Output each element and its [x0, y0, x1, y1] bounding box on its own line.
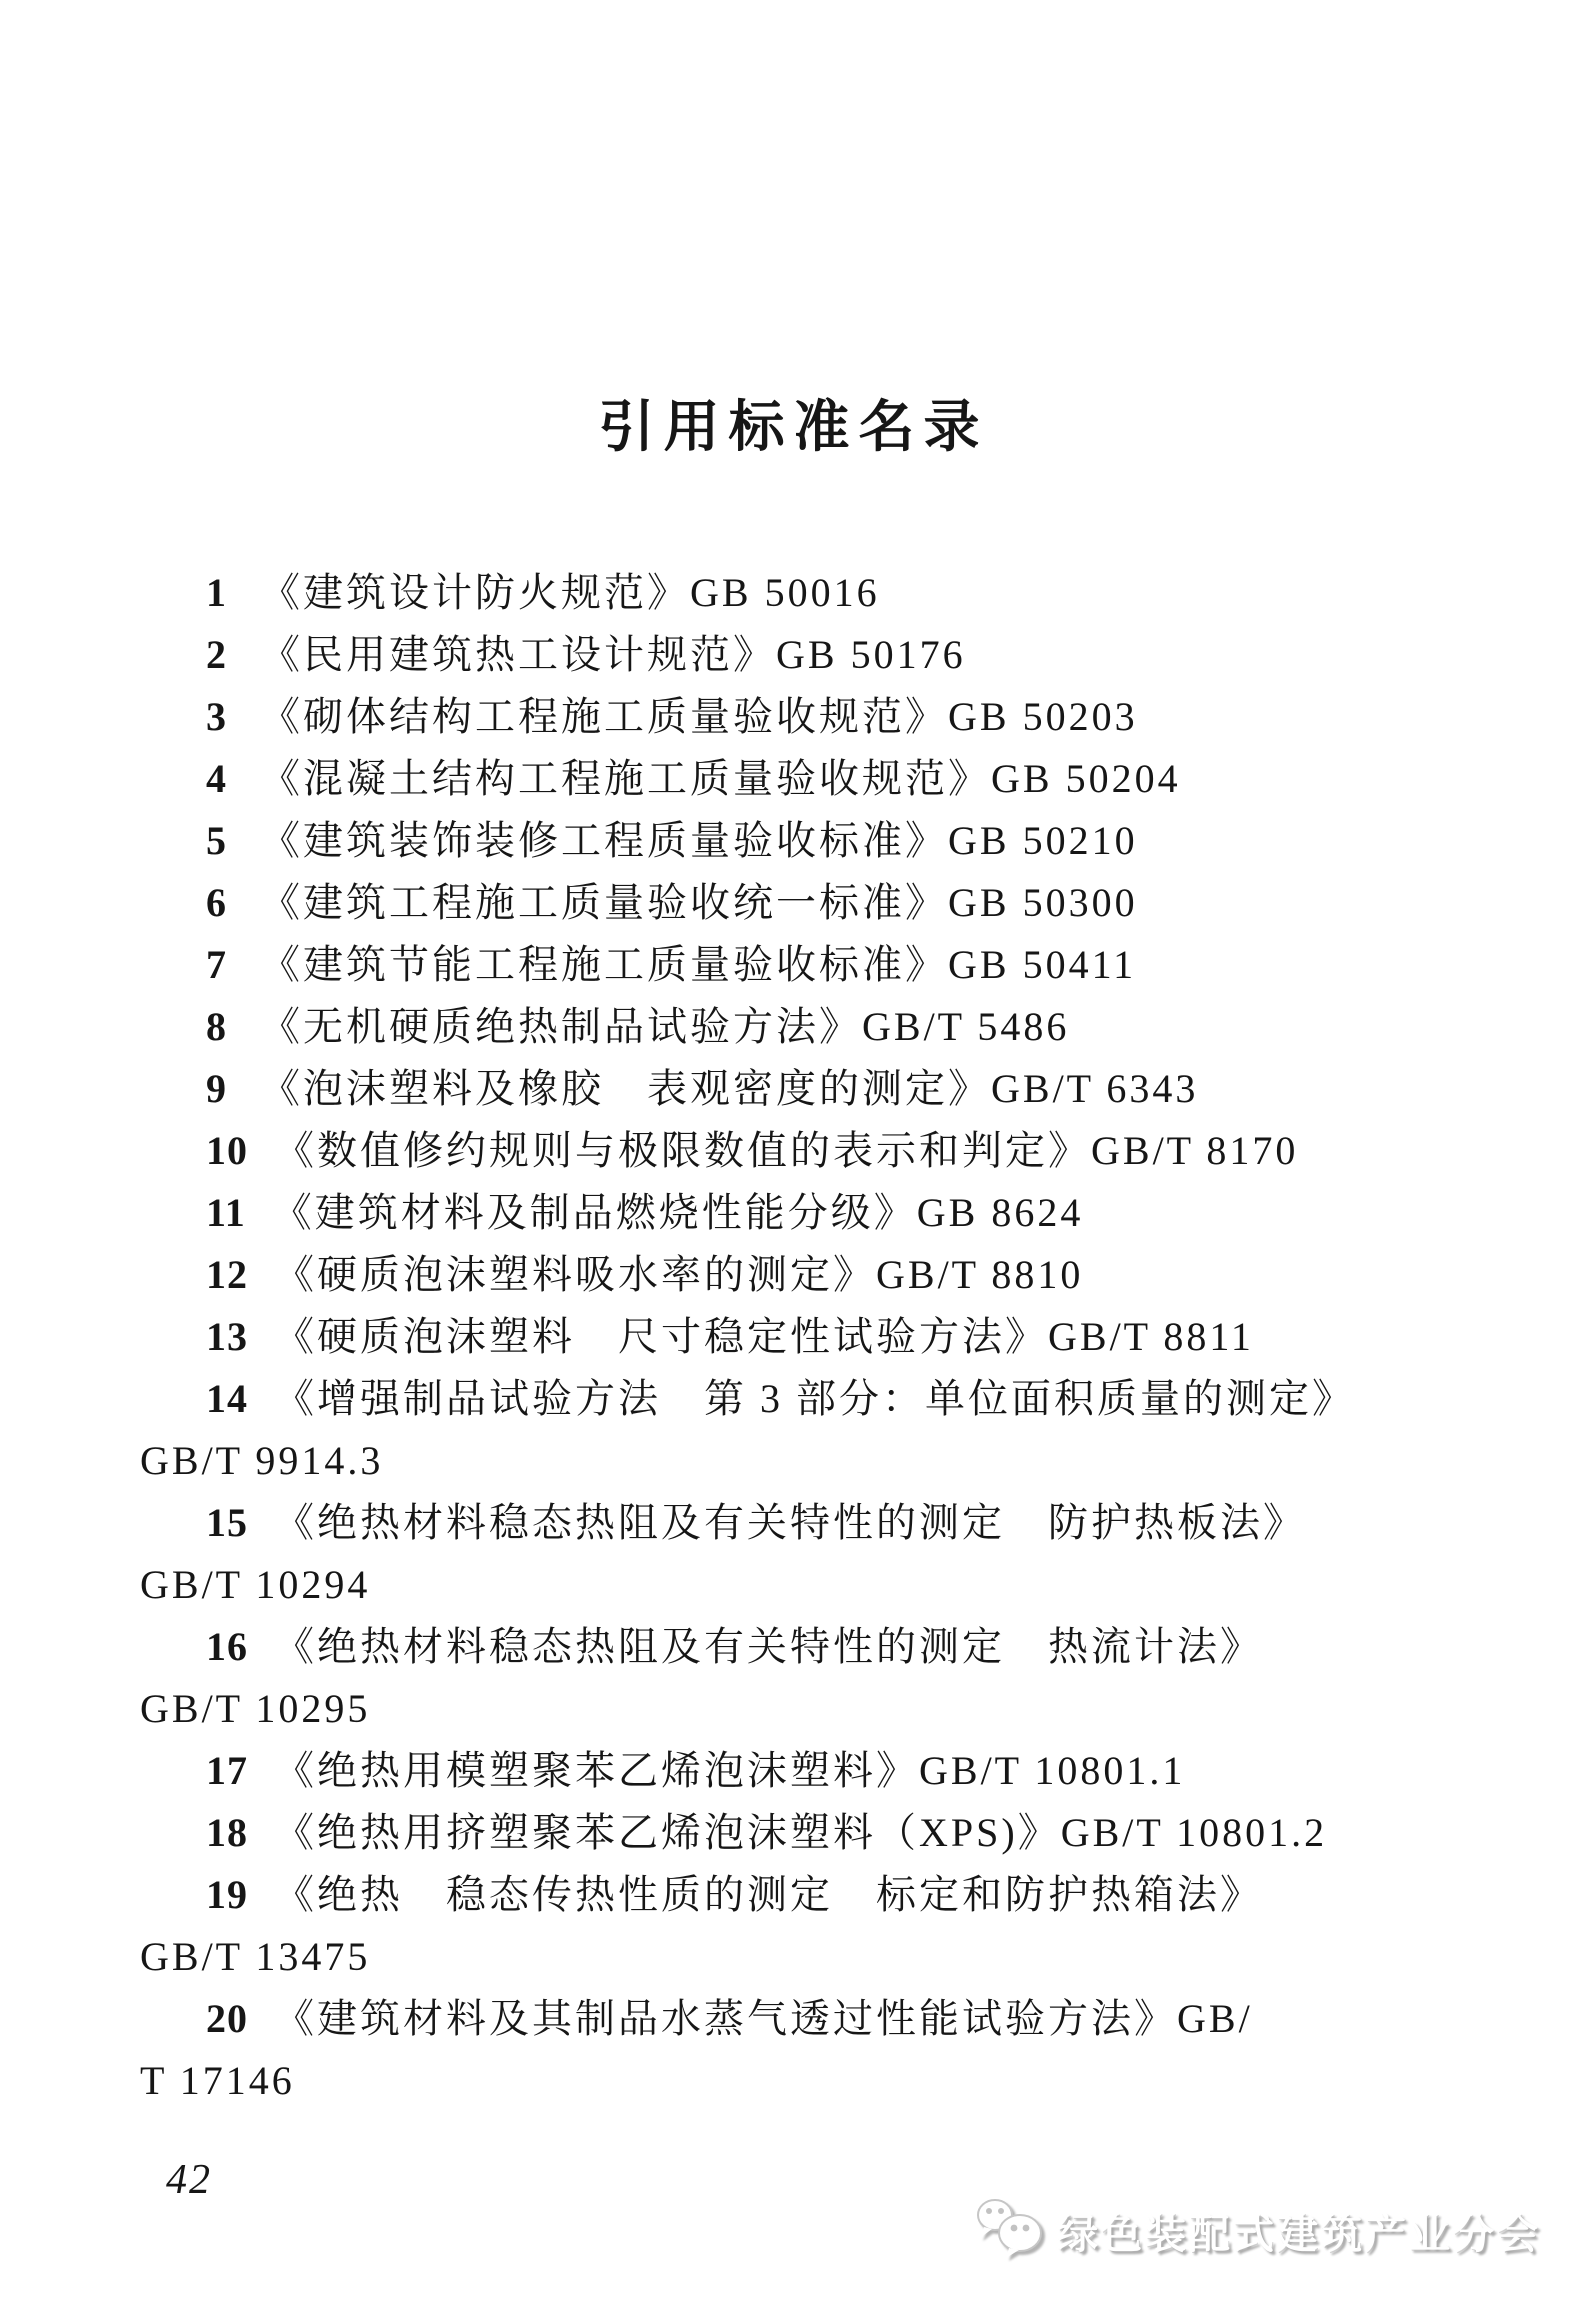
- item-number: 19: [206, 1864, 248, 1926]
- item-number: 7: [206, 934, 234, 996]
- item-number: 14: [206, 1368, 248, 1430]
- list-item-continuation: GB/T 9914.3: [140, 1430, 1467, 1492]
- item-text: 《泡沫塑料及橡胶 表观密度的测定》GB/T 6343: [260, 1066, 1198, 1111]
- item-text: 《砌体结构工程施工质量验收规范》GB 50203: [260, 694, 1138, 739]
- list-item: 12《硬质泡沫塑料吸水率的测定》GB/T 8810: [140, 1244, 1467, 1306]
- list-item: 14《增强制品试验方法 第 3 部分：单位面积质量的测定》: [140, 1368, 1467, 1430]
- item-number: 3: [206, 686, 234, 748]
- list-item-continuation: GB/T 10294: [140, 1554, 1467, 1616]
- list-item: 8《无机硬质绝热制品试验方法》GB/T 5486: [140, 996, 1467, 1058]
- footer-brand-text: 绿色装配式建筑产业分会: [1057, 2201, 1541, 2260]
- item-text: 《绝热用模塑聚苯乙烯泡沫塑料》GB/T 10801.1: [274, 1748, 1185, 1793]
- item-number: 1: [206, 562, 234, 624]
- item-text-continuation: T 17146: [140, 2058, 295, 2103]
- item-text: 《绝热用挤塑聚苯乙烯泡沫塑料（XPS)》GB/T 10801.2: [274, 1810, 1327, 1855]
- item-number: 11: [206, 1182, 246, 1244]
- item-text: 《绝热材料稳态热阻及有关特性的测定 热流计法》: [274, 1624, 1263, 1669]
- list-item-continuation: GB/T 13475: [140, 1926, 1467, 1988]
- referenced-standards-list: 1《建筑设计防火规范》GB 50016 2《民用建筑热工设计规范》GB 5017…: [140, 562, 1467, 2112]
- list-item: 2《民用建筑热工设计规范》GB 50176: [140, 624, 1467, 686]
- item-number: 13: [206, 1306, 248, 1368]
- list-item: 15《绝热材料稳态热阻及有关特性的测定 防护热板法》: [140, 1492, 1467, 1554]
- list-item: 4《混凝土结构工程施工质量验收规范》GB 50204: [140, 748, 1467, 810]
- item-text: 《建筑设计防火规范》GB 50016: [260, 570, 880, 615]
- footer-watermark: 绿色装配式建筑产业分会: [971, 2197, 1541, 2264]
- item-text: 《增强制品试验方法 第 3 部分：单位面积质量的测定》: [274, 1376, 1355, 1421]
- item-text: 《民用建筑热工设计规范》GB 50176: [260, 632, 966, 677]
- page-title: 引用标准名录: [0, 0, 1587, 458]
- list-item: 11《建筑材料及制品燃烧性能分级》GB 8624: [140, 1182, 1467, 1244]
- item-number: 8: [206, 996, 234, 1058]
- list-item: 1《建筑设计防火规范》GB 50016: [140, 562, 1467, 624]
- item-number: 10: [206, 1120, 248, 1182]
- item-number: 18: [206, 1802, 248, 1864]
- list-item: 17《绝热用模塑聚苯乙烯泡沫塑料》GB/T 10801.1: [140, 1740, 1467, 1802]
- item-number: 12: [206, 1244, 248, 1306]
- item-number: 16: [206, 1616, 248, 1678]
- item-number: 17: [206, 1740, 248, 1802]
- item-text: 《混凝土结构工程施工质量验收规范》GB 50204: [260, 756, 1181, 801]
- list-item: 10《数值修约规则与极限数值的表示和判定》GB/T 8170: [140, 1120, 1467, 1182]
- item-text: 《建筑工程施工质量验收统一标准》GB 50300: [260, 880, 1138, 925]
- list-item: 6《建筑工程施工质量验收统一标准》GB 50300: [140, 872, 1467, 934]
- item-number: 15: [206, 1492, 248, 1554]
- list-item: 3《砌体结构工程施工质量验收规范》GB 50203: [140, 686, 1467, 748]
- item-number: 20: [206, 1988, 248, 2050]
- item-text: 《建筑材料及其制品水蒸气透过性能试验方法》GB/: [274, 1996, 1253, 2041]
- list-item: 7《建筑节能工程施工质量验收标准》GB 50411: [140, 934, 1467, 996]
- item-text: 《绝热材料稳态热阻及有关特性的测定 防护热板法》: [274, 1500, 1306, 1545]
- item-text: 《建筑材料及制品燃烧性能分级》GB 8624: [272, 1190, 1084, 1235]
- list-item-continuation: GB/T 10295: [140, 1678, 1467, 1740]
- item-text: 《硬质泡沫塑料吸水率的测定》GB/T 8810: [274, 1252, 1083, 1297]
- wechat-icon: [971, 2197, 1049, 2264]
- item-text-continuation: GB/T 10295: [140, 1686, 370, 1731]
- list-item: 16《绝热材料稳态热阻及有关特性的测定 热流计法》: [140, 1616, 1467, 1678]
- item-number: 6: [206, 872, 234, 934]
- item-text-continuation: GB/T 10294: [140, 1562, 370, 1607]
- list-item: 18《绝热用挤塑聚苯乙烯泡沫塑料（XPS)》GB/T 10801.2: [140, 1802, 1467, 1864]
- item-number: 2: [206, 624, 234, 686]
- list-item: 13《硬质泡沫塑料 尺寸稳定性试验方法》GB/T 8811: [140, 1306, 1467, 1368]
- list-item: 20《建筑材料及其制品水蒸气透过性能试验方法》GB/: [140, 1988, 1467, 2050]
- item-number: 9: [206, 1058, 234, 1120]
- item-text-continuation: GB/T 13475: [140, 1934, 370, 1979]
- item-number: 5: [206, 810, 234, 872]
- document-page: 引用标准名录 1《建筑设计防火规范》GB 50016 2《民用建筑热工设计规范》…: [0, 0, 1587, 2300]
- item-text: 《数值修约规则与极限数值的表示和判定》GB/T 8170: [274, 1128, 1298, 1173]
- list-item: 19《绝热 稳态传热性质的测定 标定和防护热箱法》: [140, 1864, 1467, 1926]
- item-text: 《硬质泡沫塑料 尺寸稳定性试验方法》GB/T 8811: [274, 1314, 1254, 1359]
- list-item: 9《泡沫塑料及橡胶 表观密度的测定》GB/T 6343: [140, 1058, 1467, 1120]
- item-text-continuation: GB/T 9914.3: [140, 1438, 383, 1483]
- list-item-continuation: T 17146: [140, 2050, 1467, 2112]
- item-text: 《绝热 稳态传热性质的测定 标定和防护热箱法》: [274, 1872, 1263, 1917]
- list-item: 5《建筑装饰装修工程质量验收标准》GB 50210: [140, 810, 1467, 872]
- item-text: 《建筑节能工程施工质量验收标准》GB 50411: [260, 942, 1136, 987]
- item-text: 《建筑装饰装修工程质量验收标准》GB 50210: [260, 818, 1138, 863]
- item-number: 4: [206, 748, 234, 810]
- item-text: 《无机硬质绝热制品试验方法》GB/T 5486: [260, 1004, 1069, 1049]
